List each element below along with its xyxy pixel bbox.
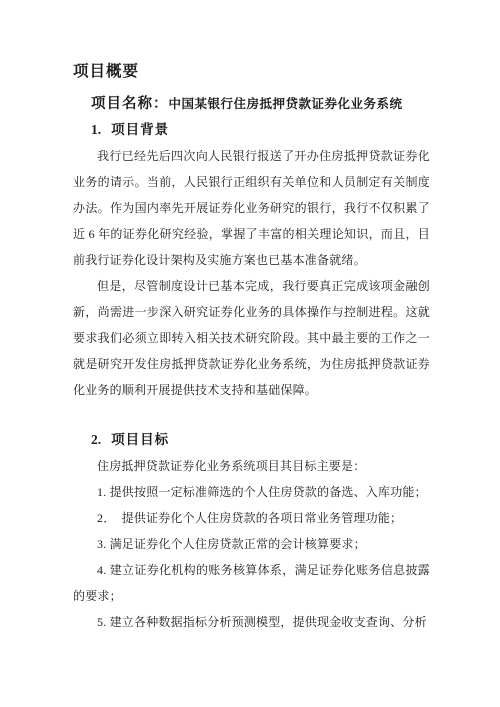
goal-list-item: 1. 提供按照一定标准筛选的个人住房贷款的备选、入库功能； [73, 479, 430, 505]
section-2-heading: 2.项目目标 [91, 427, 430, 453]
section-2-intro: 住房抵押贷款证券化业务系统项目其目标主要是： [73, 453, 430, 479]
section-2-title: 项目目标 [111, 432, 169, 447]
section-2-number: 2. [91, 432, 101, 447]
project-name-label: 项目名称： [91, 96, 169, 112]
page-title: 项目概要 [73, 60, 430, 84]
project-name-value: 中国某银行住房抵押贷款证券化业务系统 [169, 97, 403, 111]
goal-list-item: 2． 提供证券化个人住房贷款的各项日常业务管理功能； [73, 505, 430, 531]
goal-list-item: 3. 满足证券化个人住房贷款正常的会计核算要求； [73, 531, 430, 557]
goal-list-item: 5. 建立各种数据指标分析预测模型，提供现金收支查询、分析 [73, 609, 430, 635]
project-name-line: 项目名称：中国某银行住房抵押贷款证券化业务系统 [91, 91, 430, 117]
section-1-title: 项目背景 [111, 122, 169, 137]
document-page: 项目概要 项目名称：中国某银行住房抵押贷款证券化业务系统 1.项目背景 我行已经… [0, 0, 500, 707]
section-1-heading: 1.项目背景 [91, 117, 430, 143]
section-1-number: 1. [91, 122, 101, 137]
goal-list-item: 4. 建立证券化机构的账务核算体系，满足证券化账务信息披露的要求； [73, 557, 430, 609]
section-1-paragraph: 我行已经先后四次向人民银行报送了开办住房抵押贷款证券化业务的请示。当前，人民银行… [73, 143, 430, 273]
section-1-paragraph: 但是，尽管制度设计已基本完成，我行要真正完成该项金融创新，尚需进一步深入研究证券… [73, 273, 430, 403]
